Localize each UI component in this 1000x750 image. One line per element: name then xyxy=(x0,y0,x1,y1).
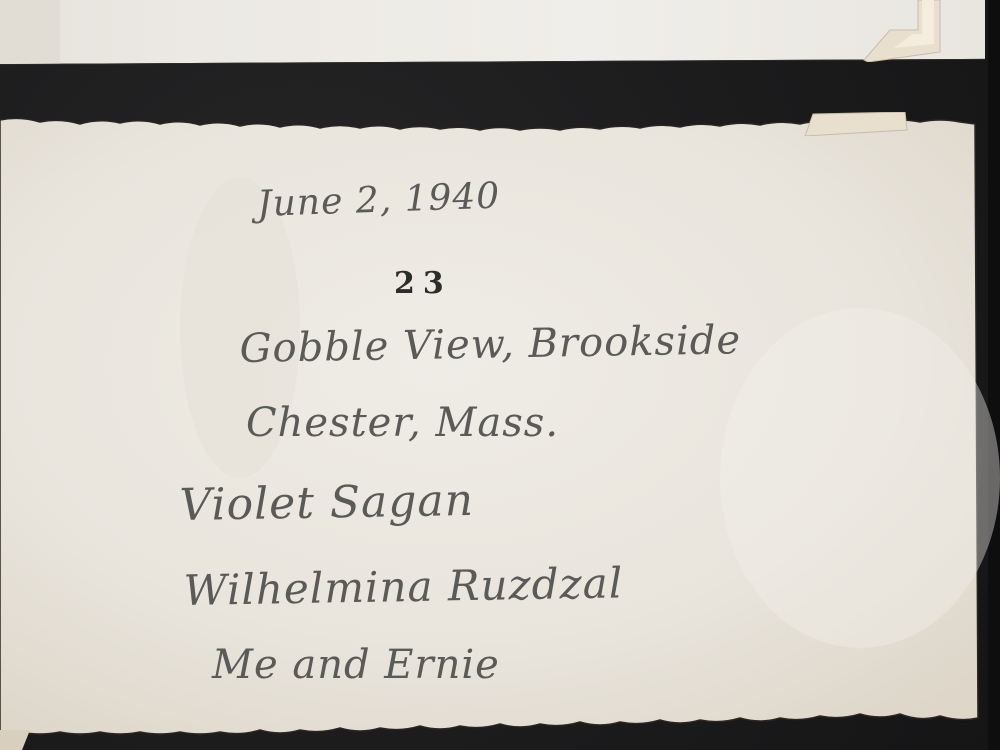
album-page: June 2, 1940 23 Gobble View, Brookside C… xyxy=(0,0,1000,750)
upper-photo-border xyxy=(0,0,60,64)
card-location-line-2: Chester, Mass. xyxy=(246,400,559,446)
card-location-line-1: Gobble View, Brookside xyxy=(239,317,741,372)
handwritten-card: June 2, 1940 23 Gobble View, Brookside C… xyxy=(0,118,1000,738)
photo-corner-icon xyxy=(795,112,915,136)
photo-corner-icon xyxy=(860,0,952,62)
card-name-2: Wilhelmina Ruzdzal xyxy=(183,558,623,615)
card-name-3: Me and Ernie xyxy=(212,642,500,688)
photo-corner-icon xyxy=(0,730,40,750)
card-name-1: Violet Sagan xyxy=(179,475,474,531)
card-stamped-number: 23 xyxy=(394,266,452,301)
upper-photo-print xyxy=(0,0,985,65)
card-date: June 2, 1940 xyxy=(257,176,501,225)
